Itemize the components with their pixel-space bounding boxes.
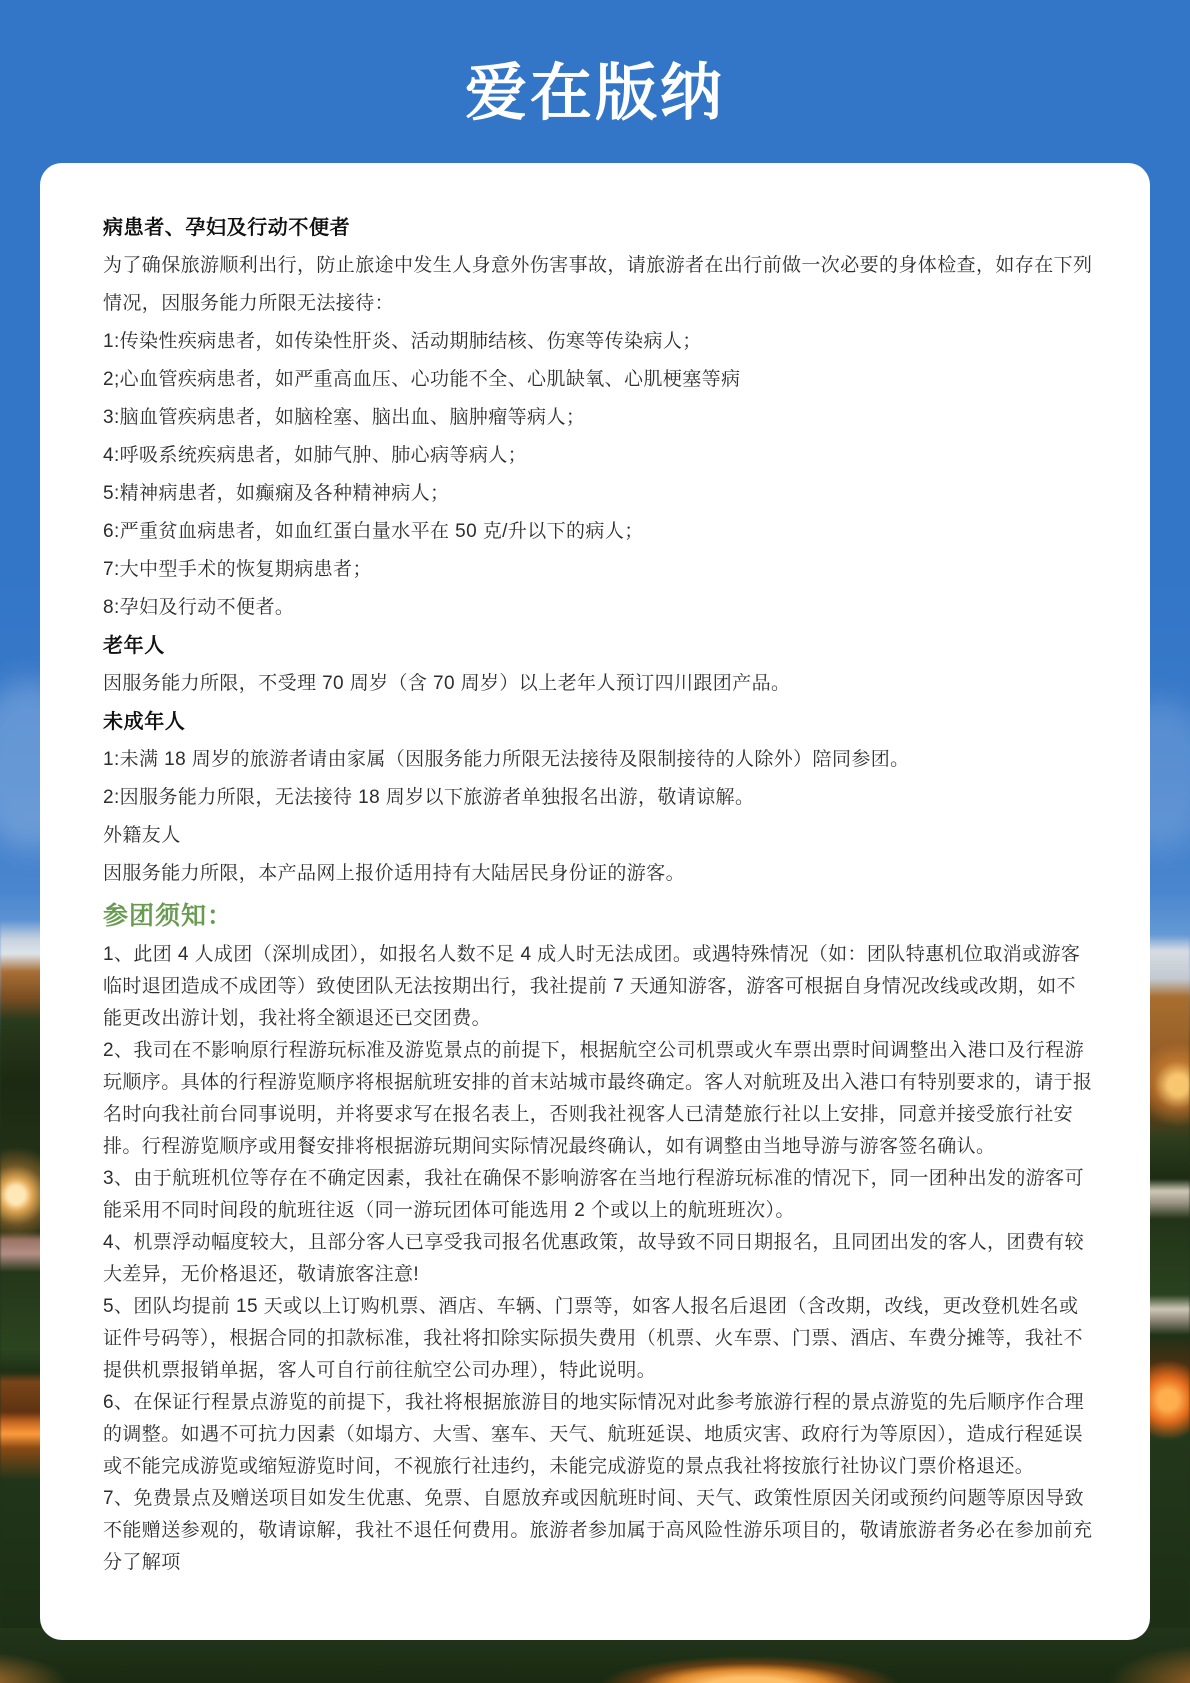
background-scenery-right [1148, 935, 1190, 1683]
background-scenery-left [0, 920, 44, 1683]
notice-heading-foreigners: 外籍友人 [103, 817, 1095, 855]
group-notice-item-5: 5、团队均提前 15 天或以上订购机票、酒店、车辆、门票等，如客人报名后退团（含… [103, 1291, 1095, 1387]
notice-paragraph-intro: 为了确保旅游顺利出行，防止旅途中发生人身意外伤害事故，请旅游者在出行前做一次必要… [103, 247, 1095, 323]
notice-minors-item-1: 1:未满 18 周岁的旅游者请由家属（因服务能力所限无法接待及限制接待的人除外）… [103, 741, 1095, 779]
group-notice-heading: 参团须知： [103, 893, 1095, 939]
group-notice-item-1: 1、此团 4 人成团（深圳成团），如报名人数不足 4 成人时无法成团。或遇特殊情… [103, 939, 1095, 1035]
group-notice-item-7: 7、免费景点及赠送项目如发生优惠、免票、自愿放弃或因航班时间、天气、政策性原因关… [103, 1483, 1095, 1579]
group-notice-item-4: 4、机票浮动幅度较大，且部分客人已享受我司报名优惠政策，故导致不同日期报名，且同… [103, 1227, 1095, 1291]
content-card: 病患者、孕妇及行动不便者 为了确保旅游顺利出行，防止旅途中发生人身意外伤害事故，… [40, 163, 1150, 1640]
notice-paragraph-foreigners: 因服务能力所限，本产品网上报价适用持有大陆居民身份证的游客。 [103, 855, 1095, 893]
notice-item-8: 8:孕妇及行动不便者。 [103, 589, 1095, 627]
notice-item-6: 6:严重贫血病患者，如血红蛋白量水平在 50 克/升以下的病人； [103, 513, 1095, 551]
group-notice-item-6: 6、在保证行程景点游览的前提下，我社将根据旅游目的地实际情况对此参考旅游行程的景… [103, 1387, 1095, 1483]
notice-heading-elderly: 老年人 [103, 627, 1095, 665]
group-notice-item-2: 2、我司在不影响原行程游玩标准及游览景点的前提下，根据航空公司机票或火车票出票时… [103, 1035, 1095, 1163]
notice-minors-item-2: 2:因服务能力所限，无法接待 18 周岁以下旅游者单独报名出游，敬请谅解。 [103, 779, 1095, 817]
group-notice-item-3: 3、由于航班机位等存在不确定因素，我社在确保不影响游客在当地行程游玩标准的情况下… [103, 1163, 1095, 1227]
notice-item-4: 4:呼吸系统疾病患者，如肺气肿、肺心病等病人； [103, 437, 1095, 475]
notice-item-2: 2;心血管疾病患者，如严重高血压、心功能不全、心肌缺氧、心肌梗塞等病 [103, 361, 1095, 399]
notice-item-3: 3:脑血管疾病患者，如脑栓塞、脑出血、脑肿瘤等病人； [103, 399, 1095, 437]
notice-paragraph-elderly: 因服务能力所限，不受理 70 周岁（含 70 周岁）以上老年人预订四川跟团产品。 [103, 665, 1095, 703]
notice-heading-patients: 病患者、孕妇及行动不便者 [103, 209, 1095, 247]
notice-heading-minors: 未成年人 [103, 703, 1095, 741]
notice-item-7: 7:大中型手术的恢复期病患者； [103, 551, 1095, 589]
notice-item-1: 1:传染性疾病患者，如传染性肝炎、活动期肺结核、伤寒等传染病人； [103, 323, 1095, 361]
page-title: 爱在版纳 [0, 58, 1190, 128]
notice-item-5: 5:精神病患者，如癫痫及各种精神病人； [103, 475, 1095, 513]
